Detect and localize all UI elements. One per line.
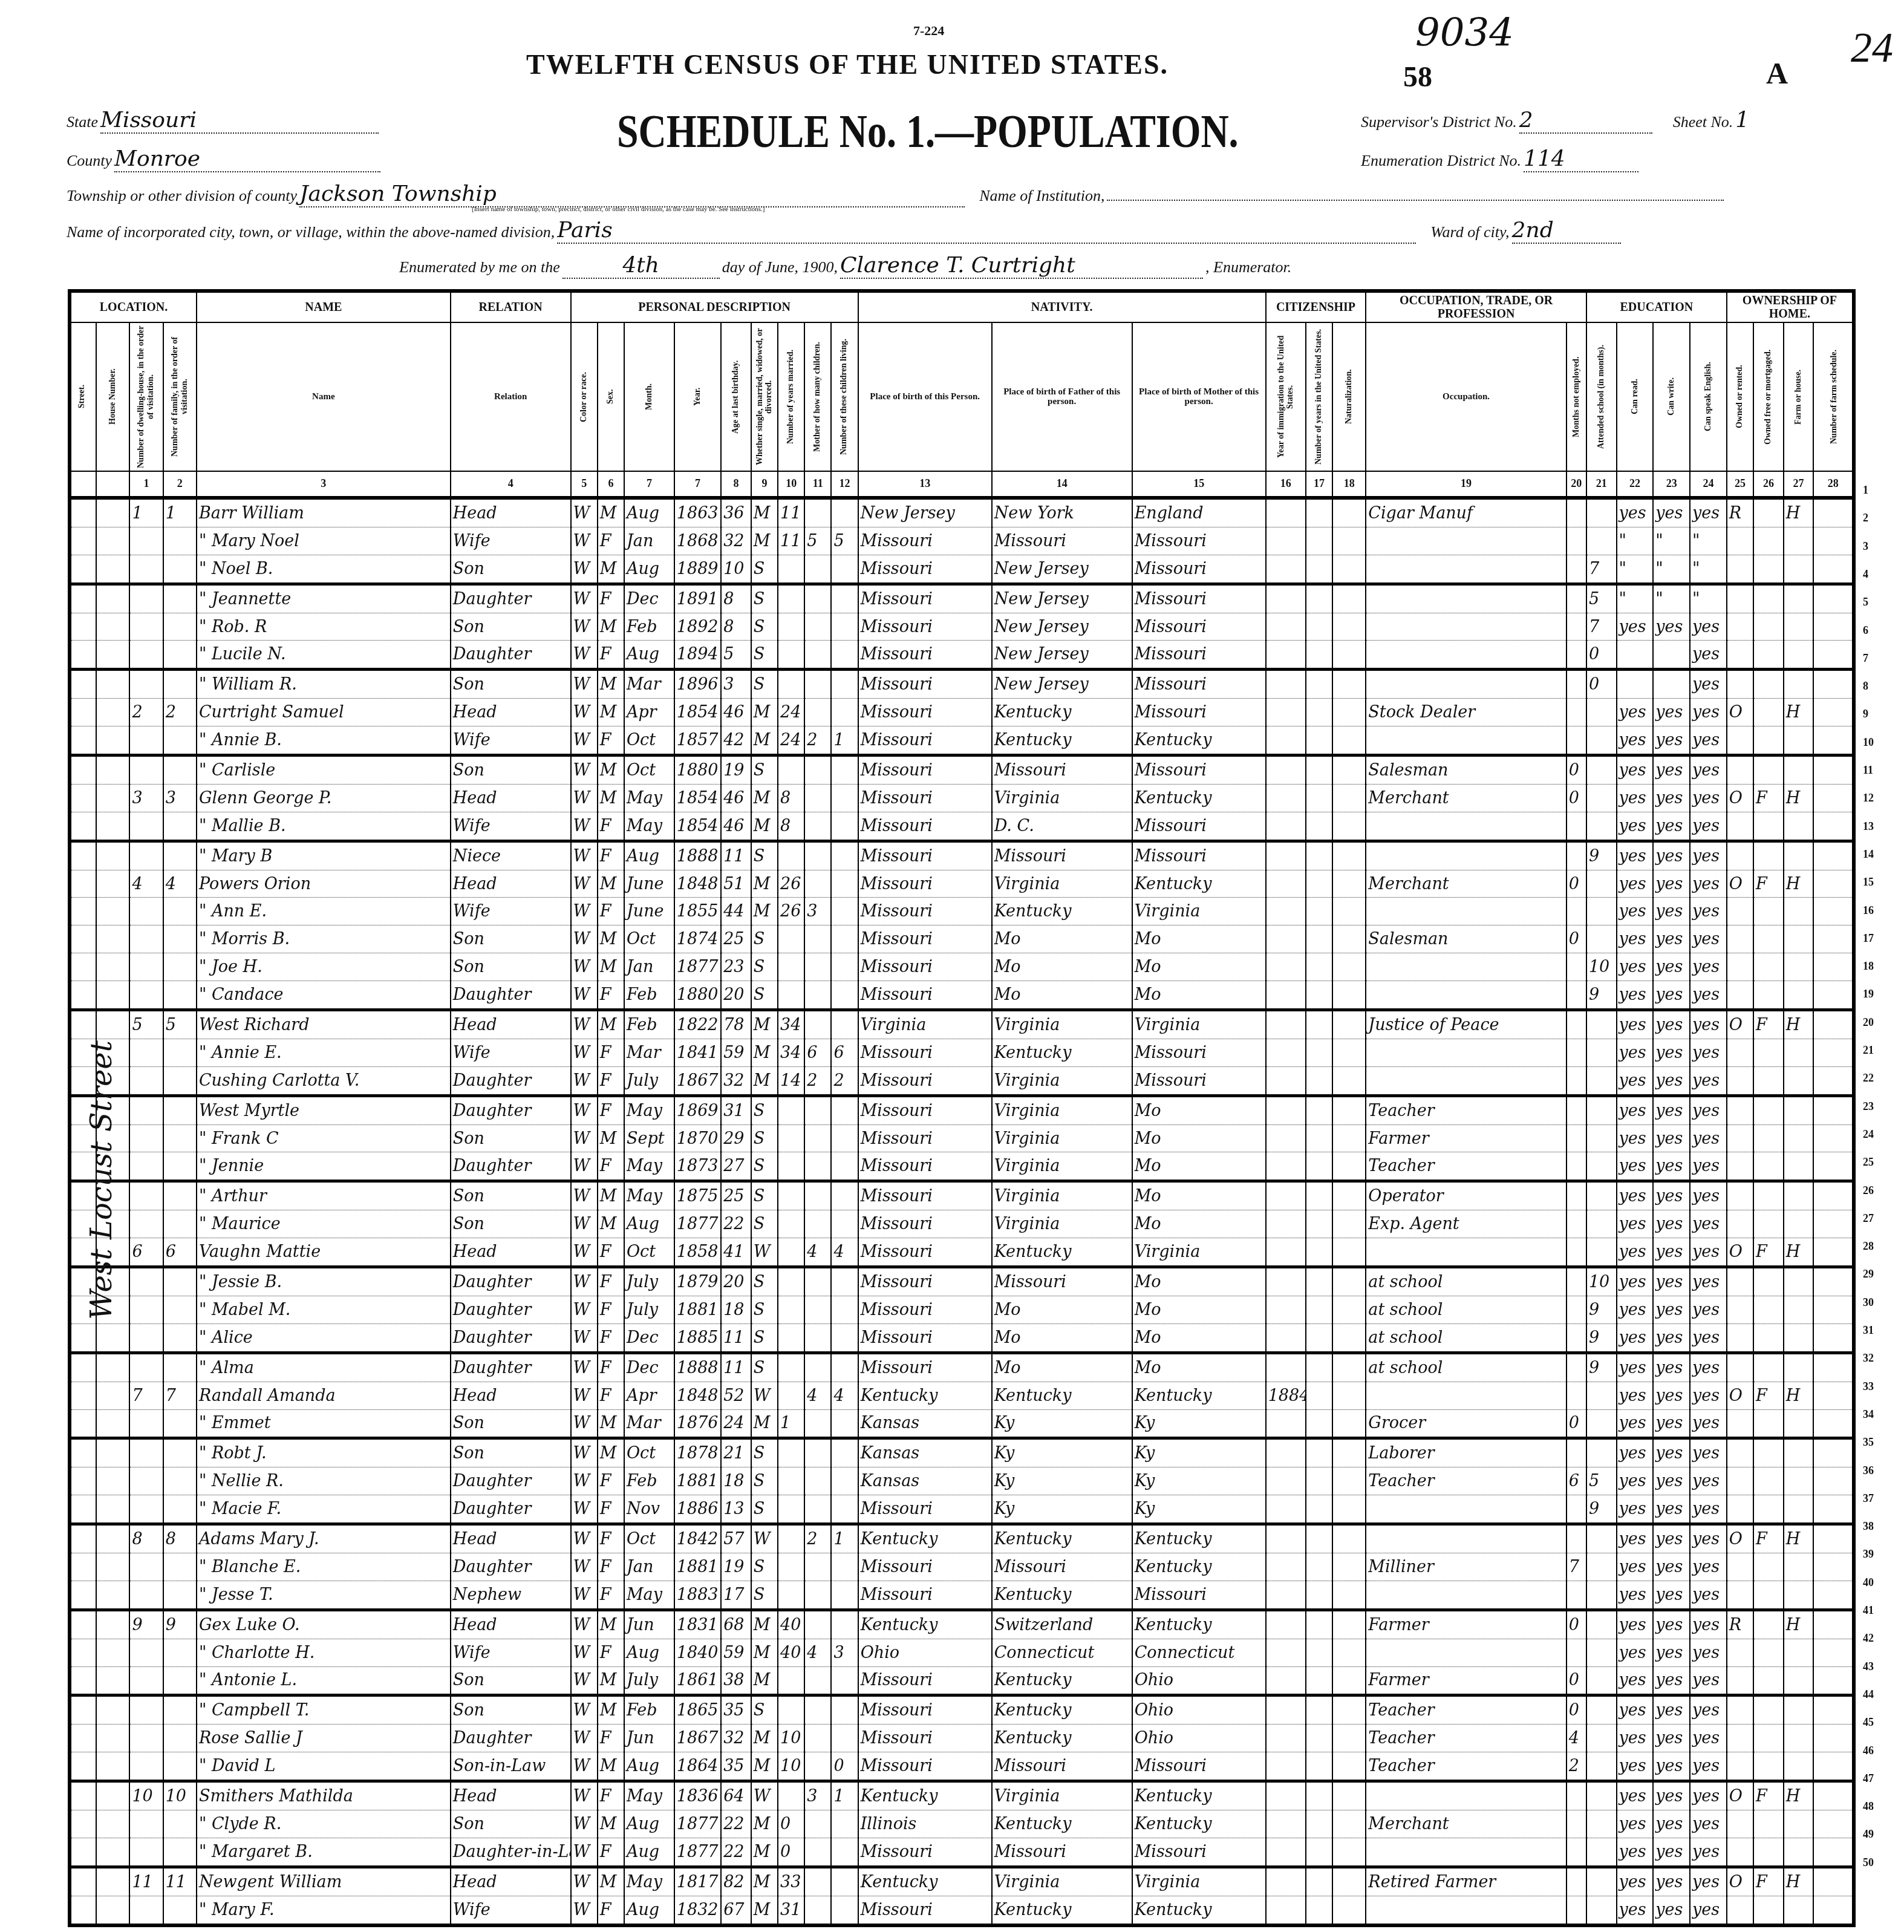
cell-fb: New Jersey	[992, 613, 1132, 641]
cell-eng: yes	[1690, 981, 1727, 1010]
cell-street	[70, 1810, 96, 1838]
cell-read: yes	[1617, 1495, 1654, 1524]
cell-mc	[804, 584, 831, 613]
cell-mne: 0	[1567, 1610, 1586, 1639]
cell-read: yes	[1617, 1666, 1654, 1695]
cell-imm	[1266, 1238, 1306, 1267]
cell-fb: Virginia	[992, 1124, 1132, 1152]
cell-occ: Salesman	[1366, 756, 1566, 785]
cell-sched	[1813, 584, 1854, 613]
cell-age: 22	[721, 1210, 751, 1238]
cell-month: May	[624, 1781, 674, 1810]
cell-eng: yes	[1690, 1752, 1727, 1781]
cell-read: yes	[1617, 699, 1654, 726]
cell-month: Jun	[624, 1725, 674, 1752]
cell-write: yes	[1653, 1210, 1690, 1238]
cell-street	[70, 699, 96, 726]
cell-name: " Annie E.	[197, 1039, 451, 1066]
cell-house	[96, 841, 129, 870]
cell-year: 1881	[674, 1553, 721, 1581]
cell-occ: Operator	[1366, 1181, 1566, 1210]
cell-fb: Virginia	[992, 870, 1132, 898]
cell-write: yes	[1653, 898, 1690, 925]
cell-dw	[129, 1181, 163, 1210]
cell-name: Barr William	[197, 498, 451, 527]
cell-mort	[1753, 1039, 1784, 1066]
cell-own: R	[1727, 1610, 1753, 1639]
cell-farm	[1784, 812, 1814, 841]
cell-farm	[1784, 1666, 1814, 1695]
education-header: EDUCATION	[1586, 291, 1727, 322]
cell-mb: Kentucky	[1132, 1781, 1266, 1810]
cell-write: yes	[1653, 1553, 1690, 1581]
cell-house	[96, 953, 129, 981]
cell-write: yes	[1653, 1438, 1690, 1467]
cell-age: 42	[721, 726, 751, 756]
cell-sch: 9	[1586, 1296, 1617, 1323]
cell-eng: yes	[1690, 1323, 1727, 1353]
cell-sched	[1813, 925, 1854, 953]
cell-dw: 10	[129, 1781, 163, 1810]
cell-farm	[1784, 1438, 1814, 1467]
cell-age: 68	[721, 1610, 751, 1639]
cell-month: Aug	[624, 841, 674, 870]
cell-fam	[163, 1896, 197, 1925]
cell-ym	[778, 1323, 804, 1353]
column-label: Month.	[624, 322, 674, 471]
cell-write: yes	[1653, 1581, 1690, 1610]
cell-age: 32	[721, 527, 751, 555]
cell-mort	[1753, 498, 1784, 527]
cell-pb: Missouri	[858, 1752, 992, 1781]
cell-nat	[1332, 1039, 1366, 1066]
cell-occ	[1366, 584, 1566, 613]
cell-imm: 1884	[1266, 1382, 1306, 1409]
cell-yus	[1306, 1152, 1332, 1181]
cell-rel: Daughter	[451, 1095, 571, 1124]
cell-fb: D. C.	[992, 812, 1132, 841]
cell-fb: Ky	[992, 1495, 1132, 1524]
cell-sex: F	[598, 1553, 624, 1581]
cell-year: 1832	[674, 1896, 721, 1925]
cell-street	[70, 1781, 96, 1810]
form-number: 7-224	[913, 23, 944, 39]
cell-sex: F	[598, 1323, 624, 1353]
cell-dw	[129, 1666, 163, 1695]
cell-house	[96, 981, 129, 1010]
cell-cl	[831, 1409, 858, 1438]
cell-mc: 2	[804, 726, 831, 756]
cell-occ: Stock Dealer	[1366, 699, 1566, 726]
table-row: " JennieDaughterWFMay187327SMissouriVirg…	[70, 1152, 1854, 1181]
cell-fb: Virginia	[992, 1210, 1132, 1238]
cell-house	[96, 1867, 129, 1896]
cell-ms: W	[751, 1524, 778, 1553]
table-row: 99Gex Luke O.HeadWMJun183168M40KentuckyS…	[70, 1610, 1854, 1639]
cell-dw	[129, 1210, 163, 1238]
column-number: 4	[451, 471, 571, 498]
cell-mc: 4	[804, 1639, 831, 1666]
cell-mb: Missouri	[1132, 670, 1266, 699]
cell-eng: yes	[1690, 498, 1727, 527]
cell-fam	[163, 1296, 197, 1323]
cell-month: Aug	[624, 1896, 674, 1925]
cell-imm	[1266, 1467, 1306, 1495]
cell-yus	[1306, 1639, 1332, 1666]
cell-sex: F	[598, 527, 624, 555]
cell-sch: 10	[1586, 1267, 1617, 1296]
cell-mne	[1567, 1210, 1586, 1238]
cell-year: 1822	[674, 1010, 721, 1039]
cell-nat	[1332, 1152, 1366, 1181]
cell-name: " Antonie L.	[197, 1666, 451, 1695]
cell-house	[96, 1353, 129, 1382]
cell-fam	[163, 1039, 197, 1066]
cell-house	[96, 584, 129, 613]
cell-street	[70, 584, 96, 613]
cell-farm	[1784, 1639, 1814, 1666]
cell-yus	[1306, 870, 1332, 898]
cell-eng: yes	[1690, 812, 1727, 841]
cell-house	[96, 784, 129, 812]
cell-fam	[163, 1581, 197, 1610]
cell-sch	[1586, 1438, 1617, 1467]
cell-ym: 8	[778, 812, 804, 841]
cell-farm	[1784, 1838, 1814, 1867]
cell-pb: Missouri	[858, 1210, 992, 1238]
cell-write: yes	[1653, 784, 1690, 812]
cell-read: yes	[1617, 1725, 1654, 1752]
cell-month: May	[624, 1152, 674, 1181]
column-label: Attended school (in months).	[1586, 322, 1617, 471]
cell-house	[96, 1725, 129, 1752]
table-row: " Lucile N.DaughterWFAug18945SMissouriNe…	[70, 641, 1854, 670]
cell-fam	[163, 670, 197, 699]
cell-race: W	[571, 1581, 598, 1610]
cell-rel: Daughter	[451, 1323, 571, 1353]
cell-race: W	[571, 584, 598, 613]
cell-name: West Richard	[197, 1010, 451, 1039]
cell-name: " Mary Noel	[197, 527, 451, 555]
cell-write: yes	[1653, 1867, 1690, 1896]
cell-mb: Missouri	[1132, 841, 1266, 870]
cell-farm	[1784, 1066, 1814, 1095]
cell-mne	[1567, 1639, 1586, 1666]
cell-ym: 11	[778, 527, 804, 555]
cell-age: 32	[721, 1066, 751, 1095]
cell-mc	[804, 613, 831, 641]
line-number: 21	[1863, 1044, 1874, 1057]
cell-ym: 14	[778, 1066, 804, 1095]
cell-sch	[1586, 1238, 1617, 1267]
cell-cl: 6	[831, 1039, 858, 1066]
cell-mb: Kentucky	[1132, 1896, 1266, 1925]
cell-rel: Daughter	[451, 584, 571, 613]
cell-fam	[163, 1152, 197, 1181]
cell-dw	[129, 1438, 163, 1467]
cell-imm	[1266, 1695, 1306, 1725]
cell-cl: 3	[831, 1639, 858, 1666]
cell-yus	[1306, 1296, 1332, 1323]
cell-cl	[831, 498, 858, 527]
cell-fam	[163, 1752, 197, 1781]
cell-eng: yes	[1690, 1181, 1727, 1210]
cell-farm: H	[1784, 1781, 1814, 1810]
cell-sched	[1813, 1666, 1854, 1695]
cell-mort	[1753, 1467, 1784, 1495]
cell-race: W	[571, 699, 598, 726]
cell-mort	[1753, 527, 1784, 555]
cell-month: Aug	[624, 1810, 674, 1838]
cell-dw: 3	[129, 784, 163, 812]
cell-own: O	[1727, 1382, 1753, 1409]
cell-yus	[1306, 1124, 1332, 1152]
cell-month: Mar	[624, 670, 674, 699]
cell-sex: M	[598, 1210, 624, 1238]
line-number: 14	[1863, 848, 1874, 861]
cell-mc	[804, 812, 831, 841]
cell-nat	[1332, 1124, 1366, 1152]
cell-cl: 1	[831, 1781, 858, 1810]
cell-read: yes	[1617, 1010, 1654, 1039]
cell-cl	[831, 898, 858, 925]
column-number	[70, 471, 96, 498]
cell-sched	[1813, 1382, 1854, 1409]
cell-sex: F	[598, 981, 624, 1010]
cell-mc	[804, 870, 831, 898]
cell-nat	[1332, 981, 1366, 1010]
table-row: 1111Newgent WilliamHeadWMMay181782M33Ken…	[70, 1867, 1854, 1896]
line-number: 18	[1863, 960, 1874, 973]
cell-mne	[1567, 1838, 1586, 1867]
cell-imm	[1266, 1353, 1306, 1382]
cell-fb: Ky	[992, 1438, 1132, 1467]
cell-imm	[1266, 981, 1306, 1010]
line-number: 15	[1863, 876, 1874, 889]
cell-year: 1857	[674, 726, 721, 756]
cell-sch	[1586, 1553, 1617, 1581]
line-number: 39	[1863, 1548, 1874, 1561]
supervisor-field: Supervisor's District No. 2 Sheet No. 1	[1361, 108, 1749, 134]
line-number: 1	[1863, 484, 1868, 497]
cell-fam	[163, 1695, 197, 1725]
cell-age: 46	[721, 699, 751, 726]
cell-age: 19	[721, 756, 751, 785]
cell-month: June	[624, 870, 674, 898]
cell-cl	[831, 670, 858, 699]
cell-mb: Virginia	[1132, 1238, 1266, 1267]
enumerated-prefix: Enumerated by me on the	[399, 258, 560, 276]
cell-pb: Missouri	[858, 1896, 992, 1925]
table-row: 1010Smithers MathildaHeadWFMay183664W31K…	[70, 1781, 1854, 1810]
cell-sch	[1586, 1896, 1617, 1925]
cell-year: 1848	[674, 1382, 721, 1409]
cell-house	[96, 1409, 129, 1438]
cell-sex: M	[598, 498, 624, 527]
cell-read: yes	[1617, 925, 1654, 953]
cell-sex: F	[598, 1495, 624, 1524]
cell-mort	[1753, 1896, 1784, 1925]
cell-street	[70, 527, 96, 555]
cell-eng: yes	[1690, 1467, 1727, 1495]
cell-mne	[1567, 1010, 1586, 1039]
table-row: Cushing Carlotta V.DaughterWFJuly186732M…	[70, 1066, 1854, 1095]
table-row: " EmmetSonWMMar187624M1KansasKyKyGrocer0…	[70, 1409, 1854, 1438]
table-row: 22Curtright SamuelHeadWMApr185446M24Miss…	[70, 699, 1854, 726]
cell-sex: F	[598, 1039, 624, 1066]
cell-mne	[1567, 498, 1586, 527]
cell-ms: M	[751, 498, 778, 527]
cell-cl	[831, 1267, 858, 1296]
cell-race: W	[571, 1323, 598, 1353]
cell-pb: Missouri	[858, 613, 992, 641]
cell-ms: M	[751, 1838, 778, 1867]
line-number: 47	[1863, 1772, 1874, 1785]
cell-mort: F	[1753, 784, 1784, 812]
cell-farm	[1784, 1152, 1814, 1181]
cell-race: W	[571, 1495, 598, 1524]
column-label: Owned or rented.	[1727, 322, 1753, 471]
cell-month: May	[624, 1095, 674, 1124]
cell-dw	[129, 1467, 163, 1495]
cell-ym: 0	[778, 1810, 804, 1838]
cell-nat	[1332, 699, 1366, 726]
cell-nat	[1332, 1495, 1366, 1524]
cell-farm	[1784, 1095, 1814, 1124]
cell-month: June	[624, 898, 674, 925]
cell-month: Nov	[624, 1495, 674, 1524]
cell-rel: Head	[451, 1781, 571, 1810]
cell-write: yes	[1653, 1296, 1690, 1323]
cell-mort: F	[1753, 1238, 1784, 1267]
cell-ym	[778, 1524, 804, 1553]
cell-write	[1653, 670, 1690, 699]
cell-street	[70, 1867, 96, 1896]
cell-cl	[831, 1353, 858, 1382]
cell-street	[70, 1010, 96, 1039]
cell-pb: Missouri	[858, 527, 992, 555]
cell-sched	[1813, 953, 1854, 981]
cell-fb: New Jersey	[992, 670, 1132, 699]
cell-mb: Mo	[1132, 1152, 1266, 1181]
enumerated-day: 4th	[562, 253, 720, 279]
cell-sch	[1586, 527, 1617, 555]
cell-mort	[1753, 981, 1784, 1010]
cell-read: yes	[1617, 1238, 1654, 1267]
cell-cl	[831, 555, 858, 584]
occupation-header: OCCUPATION, TRADE, OR PROFESSION	[1366, 291, 1586, 322]
cell-sched	[1813, 1610, 1854, 1639]
column-label: Can write.	[1653, 322, 1690, 471]
cell-street	[70, 555, 96, 584]
ward-value: 2nd	[1512, 218, 1621, 244]
line-number: 49	[1863, 1828, 1874, 1841]
county-label: County	[67, 152, 112, 169]
cell-mc: 6	[804, 1039, 831, 1066]
cell-fam	[163, 555, 197, 584]
cell-sch	[1586, 1524, 1617, 1553]
cell-race: W	[571, 1267, 598, 1296]
cell-month: Feb	[624, 1467, 674, 1495]
cell-eng: yes	[1690, 1353, 1727, 1382]
cell-month: Feb	[624, 981, 674, 1010]
cell-nat	[1332, 870, 1366, 898]
cell-fam	[163, 641, 197, 670]
cell-age: 31	[721, 1095, 751, 1124]
cell-imm	[1266, 925, 1306, 953]
cell-mort: F	[1753, 1781, 1784, 1810]
cell-house	[96, 670, 129, 699]
cell-dw	[129, 756, 163, 785]
cell-eng: yes	[1690, 1725, 1727, 1752]
cell-dw	[129, 1353, 163, 1382]
cell-occ: Teacher	[1366, 1752, 1566, 1781]
cell-eng: yes	[1690, 1867, 1727, 1896]
cell-year: 1864	[674, 1752, 721, 1781]
cell-street	[70, 1524, 96, 1553]
cell-name: " Maurice	[197, 1210, 451, 1238]
cell-month: Jan	[624, 1553, 674, 1581]
cell-nat	[1332, 1210, 1366, 1238]
cell-yus	[1306, 1725, 1332, 1752]
cell-mb: Missouri	[1132, 1581, 1266, 1610]
cell-sched	[1813, 898, 1854, 925]
cell-mb: Mo	[1132, 1296, 1266, 1323]
column-number: 12	[831, 471, 858, 498]
line-number: 10	[1863, 736, 1874, 749]
cell-fb: Kentucky	[992, 898, 1132, 925]
line-number: 30	[1863, 1296, 1874, 1309]
cell-month: Feb	[624, 1695, 674, 1725]
cell-fb: Kentucky	[992, 699, 1132, 726]
cell-ms: S	[751, 1353, 778, 1382]
cell-pb: Missouri	[858, 1695, 992, 1725]
cell-eng: yes	[1690, 1409, 1727, 1438]
cell-read: yes	[1617, 1039, 1654, 1066]
cell-yus	[1306, 1438, 1332, 1467]
cell-yus	[1306, 1553, 1332, 1581]
cell-fb: Missouri	[992, 1553, 1132, 1581]
cell-mc	[804, 841, 831, 870]
cell-sched	[1813, 1467, 1854, 1495]
cell-mne	[1567, 527, 1586, 555]
cell-mne	[1567, 898, 1586, 925]
cell-ym: 1	[778, 1409, 804, 1438]
cell-farm	[1784, 641, 1814, 670]
cell-fam: 1	[163, 498, 197, 527]
cell-occ	[1366, 555, 1566, 584]
cell-read	[1617, 670, 1654, 699]
cell-own	[1727, 613, 1753, 641]
cell-sex: M	[598, 756, 624, 785]
cell-ym: 34	[778, 1039, 804, 1066]
township-label: Township or other division of county	[67, 187, 297, 204]
cell-street	[70, 898, 96, 925]
cell-mc	[804, 1581, 831, 1610]
cell-nat	[1332, 1267, 1366, 1296]
cell-street	[70, 756, 96, 785]
cell-age: 5	[721, 641, 751, 670]
column-number: 21	[1586, 471, 1617, 498]
cell-mort	[1753, 613, 1784, 641]
cell-sch	[1586, 1210, 1617, 1238]
cell-farm: H	[1784, 1867, 1814, 1896]
line-number: 41	[1863, 1604, 1874, 1617]
cell-farm: H	[1784, 498, 1814, 527]
cell-street	[70, 1610, 96, 1639]
cell-dw	[129, 1752, 163, 1781]
cell-rel: Head	[451, 784, 571, 812]
